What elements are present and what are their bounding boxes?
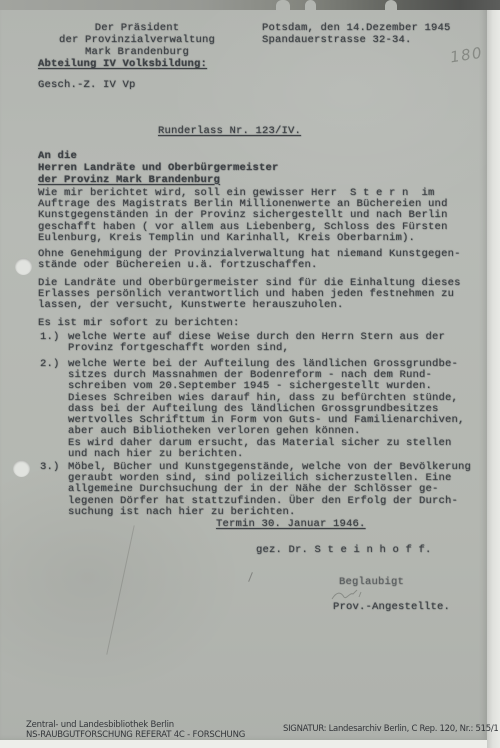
reference-number: Gesch.-Z. IV Vp [38, 80, 136, 91]
list-item-2: 2.) welche Werte bei der Aufteilung des … [40, 359, 465, 437]
recipient-line-2: Herren Landräte und Oberbürgermeister [38, 163, 279, 175]
archive-signature-label: SIGNATUR: Landesarchiv Berlin, C Rep. 12… [283, 724, 499, 734]
certifier-title: Prov.-Angestellte. [333, 602, 450, 613]
list-item-number: 2.) [40, 359, 68, 437]
list-item-number: 3.) [40, 462, 68, 518]
paragraph-2: Ohne Genehmigung der Provinzialverwaltun… [38, 249, 461, 271]
list-item-2-note: Es wird daher darum ersucht, das Materia… [68, 438, 452, 460]
place-date-block: Potsdam, den 14.Dezember 1945 Spandauers… [262, 22, 451, 46]
list-item-text: Möbel, Bücher und Kunstgegenstände, welc… [68, 462, 471, 518]
signature-typed: gez. Dr. S t e i n h o f f. [256, 545, 432, 556]
place-date-line: Potsdam, den 14.Dezember 1945 [262, 22, 451, 34]
recipient-line-3: der Provinz Mark Brandenburg [38, 175, 279, 187]
deadline-line: Termin 30. Januar 1946. [216, 519, 366, 530]
paragraph-4: Es ist mir sofort zu berichten: [38, 318, 240, 329]
list-item-1: 1.) welche Werte auf diese Weise durch d… [40, 332, 445, 354]
list-item-text: welche Werte auf diese Weise durch den H… [68, 332, 445, 354]
scanned-document-page: Der Präsident der Provinzialverwaltung M… [0, 0, 500, 748]
paragraph-3: Die Landräte und Oberbürgermeister sind … [38, 278, 461, 312]
sender-department: Abteilung IV Volksbildung: [38, 58, 207, 70]
library-provenance-label: Zentral- und Landesbibliothek Berlin NS-… [26, 720, 245, 740]
typewritten-content: Der Präsident der Provinzialverwaltung M… [0, 0, 500, 748]
sender-block: Der Präsident der Provinzialverwaltung M… [38, 22, 236, 58]
recipient-block: An die Herren Landräte und Oberbürgermei… [38, 151, 279, 186]
paragraph-1: Wie mir berichtet wird, soll ein gewisse… [38, 188, 448, 244]
list-item-text: welche Werte bei der Aufteilung des länd… [68, 359, 465, 437]
certification-stamp-text: Beglaubigt [339, 577, 404, 588]
list-item-3: 3.) Möbel, Bücher und Kunstgegenstände, … [40, 462, 471, 518]
handwritten-signature-mark [330, 588, 364, 602]
subject-line: Runderlass Nr. 123/IV. [158, 126, 301, 137]
street-line: Spandauerstrasse 32-34. [262, 34, 412, 46]
list-item-number: 1.) [40, 332, 68, 354]
